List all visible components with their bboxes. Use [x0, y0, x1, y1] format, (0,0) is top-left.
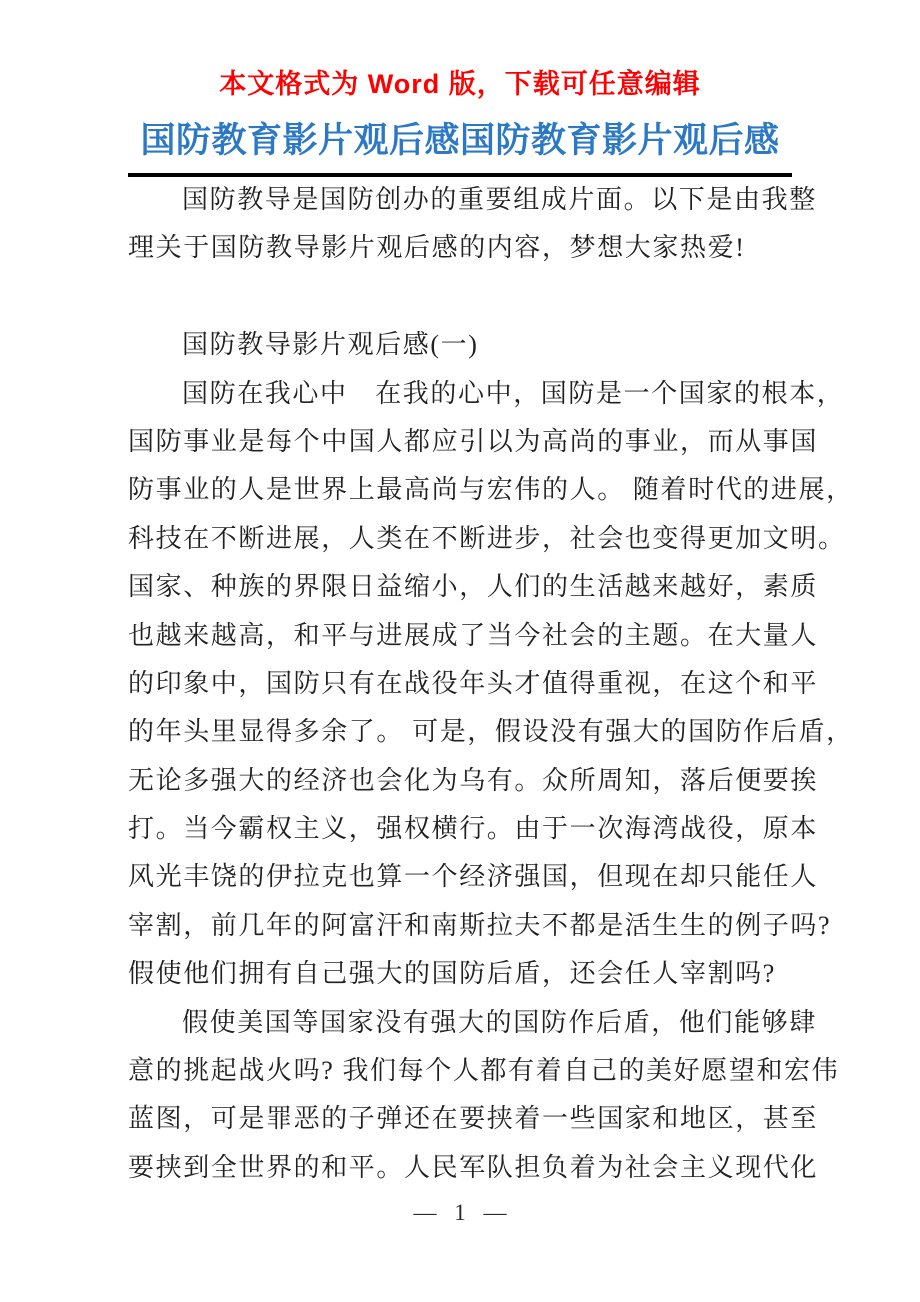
body-line: 理关于国防教导影片观后感的内容，梦想大家热爱!	[128, 224, 798, 272]
document-title: 国防教育影片观后感国防教育影片观后感	[0, 119, 920, 163]
body-line: 意的挑起战火吗? 我们每个人都有着自己的美好愿望和宏伟	[128, 1047, 798, 1095]
body-line: 国防教导影片观后感(一)	[128, 321, 798, 369]
page-number: — 1 —	[0, 1196, 920, 1230]
body-line: 国防教导是国防创办的重要组成片面。以下是由我整	[128, 176, 798, 224]
body-line: 的年头里显得多余了。 可是，假设没有强大的国防作后盾，	[128, 708, 798, 756]
body-line: 宰割，前几年的阿富汗和南斯拉夫不都是活生生的例子吗?	[128, 902, 798, 950]
document-body: 国防教导是国防创办的重要组成片面。以下是由我整理关于国防教导影片观后感的内容，梦…	[128, 176, 798, 1192]
body-line: 打。当今霸权主义，强权横行。由于一次海湾战役，原本	[128, 805, 798, 853]
body-line: 防事业的人是世界上最高尚与宏伟的人。 随着时代的进展，	[128, 466, 798, 514]
format-notice: 本文格式为 Word 版，下载可任意编辑	[0, 64, 920, 104]
body-line: 国防在我心中 在我的心中，国防是一个国家的根本，	[128, 370, 798, 418]
body-line: 的印象中，国防只有在战役年头才值得重视，在这个和平	[128, 660, 798, 708]
body-line: 风光丰饶的伊拉克也算一个经济强国，但现在却只能任人	[128, 853, 798, 901]
body-line: 科技在不断进展，人类在不断进步，社会也变得更加文明。	[128, 515, 798, 563]
body-blank-line	[128, 273, 798, 321]
body-line: 也越来越高，和平与进展成了当今社会的主题。在大量人	[128, 612, 798, 660]
body-line: 国家、种族的界限日益缩小，人们的生活越来越好，素质	[128, 563, 798, 611]
body-line: 要挟到全世界的和平。人民军队担负着为社会主义现代化	[128, 1144, 798, 1192]
body-line: 蓝图，可是罪恶的子弹还在要挟着一些国家和地区，甚至	[128, 1095, 798, 1143]
body-line: 假使美国等国家没有强大的国防作后盾，他们能够肆	[128, 999, 798, 1047]
document-page: 本文格式为 Word 版，下载可任意编辑 国防教育影片观后感国防教育影片观后感 …	[0, 0, 920, 1302]
body-line: 无论多强大的经济也会化为乌有。众所周知，落后便要挨	[128, 757, 798, 805]
body-line: 国防事业是每个中国人都应引以为高尚的事业，而从事国	[128, 418, 798, 466]
body-line: 假使他们拥有自己强大的国防后盾，还会任人宰割吗?	[128, 950, 798, 998]
